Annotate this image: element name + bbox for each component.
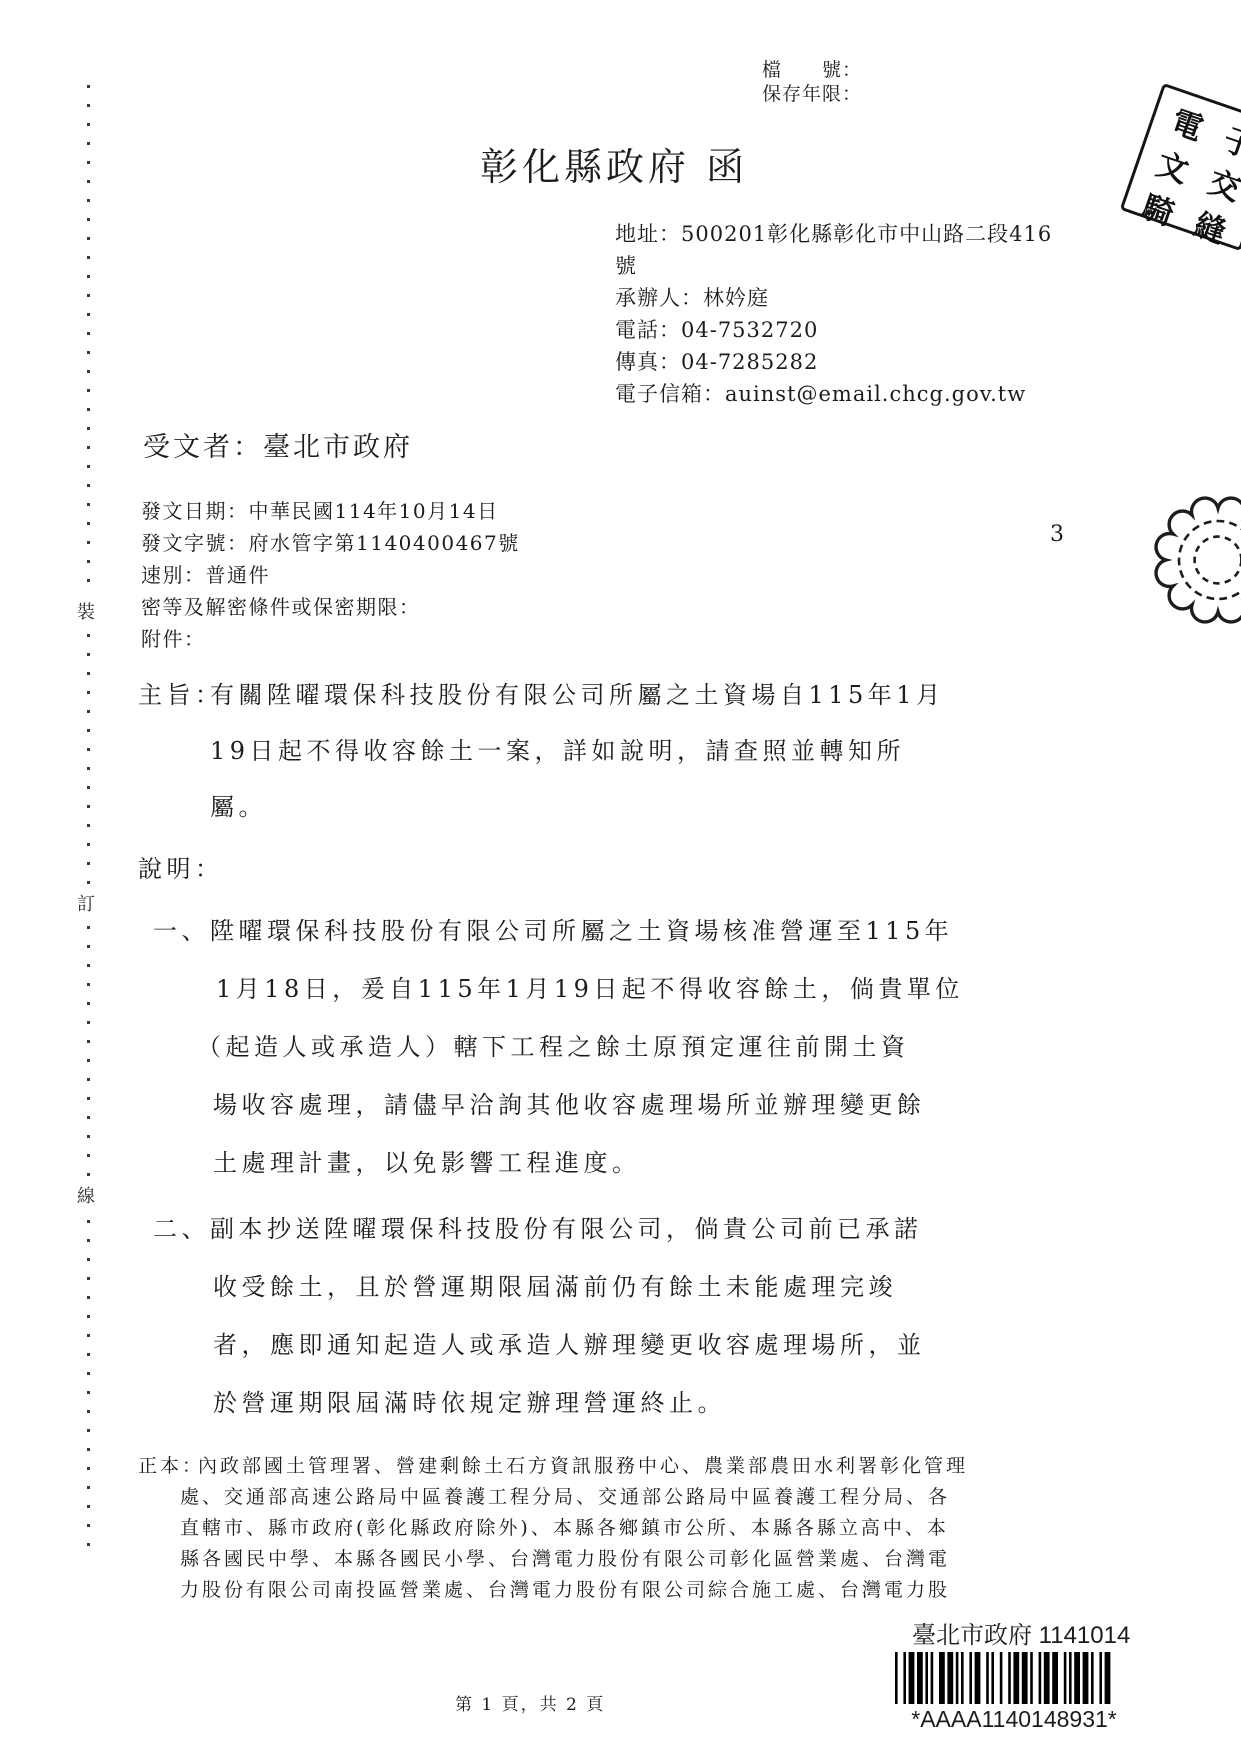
item-2-line: 於營運期限屆滿時依規定辦理營運終止。 bbox=[213, 1390, 726, 1418]
perforation-seal-icon bbox=[1153, 494, 1241, 626]
item-1-line: 場收容處理，請儘早洽詢其他收容處理場所並辦理變更餘 bbox=[213, 1092, 926, 1120]
binding-dotted-line bbox=[87, 1220, 90, 1548]
item-1-line: 陞曜環保科技股份有限公司所屬之土資場核准營運至115年 bbox=[210, 918, 953, 946]
page-number: 第 1 頁，共 2 頁 bbox=[455, 1696, 605, 1716]
sender-address-line-2: 號 bbox=[615, 254, 637, 278]
copy-to-line: 縣各國民中學、本縣各國民小學、台灣電力股份有限公司彰化區營業處、台灣電 bbox=[180, 1549, 950, 1571]
binding-dotted-line bbox=[87, 634, 90, 886]
item-2-line: 副本抄送陞曜環保科技股份有限公司，倘貴公司前已承諾 bbox=[210, 1216, 923, 1244]
subject-line: 有關陞曜環保科技股份有限公司所屬之土資場自115年1月 bbox=[210, 682, 945, 710]
contact-person-line: 承辦人：林妗庭 bbox=[615, 286, 769, 310]
barcode-text: *AAAA1140148931* bbox=[895, 1706, 1133, 1732]
electronic-exchange-stamp: 電 子 文 交 騎 縫 bbox=[1120, 83, 1241, 251]
stamp-char: 騎 bbox=[1137, 181, 1181, 234]
official-letter-page: 檔 號： 保存年限： 彰化縣政府 函 地址：500201彰化縣彰化市中山路二段4… bbox=[0, 0, 1241, 1754]
item-2-line: 收受餘土，且於營運期限屆滿前仍有餘土未能處理完竣 bbox=[213, 1274, 897, 1302]
stamp-char: 縫 bbox=[1189, 199, 1233, 252]
speed-line: 速別：普通件 bbox=[141, 564, 270, 587]
binding-char-xian: 線 bbox=[77, 1182, 95, 1208]
fax-line: 傳真：04-7285282 bbox=[615, 350, 818, 374]
item-1-line: 1月18日，爰自115年1月19日起不得收容餘土，倘貴單位 bbox=[216, 976, 964, 1004]
document-title: 彰化縣政府 函 bbox=[480, 146, 748, 190]
item-2-line: 者，應即通知起造人或承造人辦理變更收容處理場所，並 bbox=[213, 1332, 926, 1360]
security-line: 密等及解密條件或保密期限： bbox=[141, 596, 421, 619]
phone-line: 電話：04-7532720 bbox=[615, 318, 818, 342]
item-1-number: 一、 bbox=[153, 918, 210, 946]
copy-to-line: 內政部國土管理署、營建剩餘土石方資訊服務中心、農業部農田水利署彰化管理 bbox=[198, 1456, 968, 1478]
file-number-label: 檔 號： bbox=[762, 60, 862, 82]
binding-dotted-line bbox=[87, 926, 90, 1178]
recipient-line: 受文者：臺北市政府 bbox=[143, 432, 413, 463]
copy-to-line: 直轄市、縣市政府(彰化縣政府除外)、本縣各鄉鎮市公所、本縣各縣立高中、本 bbox=[180, 1518, 949, 1540]
attachment-line: 附件： bbox=[141, 628, 206, 651]
page-seal-number: 3 bbox=[1050, 522, 1064, 547]
email-line: 電子信箱：auinst@email.chcg.gov.tw bbox=[615, 382, 1026, 406]
binding-dotted-line bbox=[87, 85, 90, 593]
sender-address-line-1: 地址：500201彰化縣彰化市中山路二段416 bbox=[615, 222, 1052, 246]
subject-line: 屬。 bbox=[210, 794, 267, 822]
copy-to-line: 處、交通部高速公路局中區養護工程分局、交通部公路局中區養護工程分局、各 bbox=[180, 1487, 950, 1509]
subject-line: 19日起不得收容餘土一案，詳如說明，請查照並轉知所 bbox=[210, 738, 905, 766]
item-1-line: （起造人或承造人）轄下工程之餘土原預定運往前開土資 bbox=[197, 1034, 910, 1062]
receiver-stamp-text: 臺北市政府 1141014 bbox=[912, 1622, 1130, 1650]
item-1-line: 土處理計畫，以免影響工程進度。 bbox=[213, 1150, 641, 1178]
dispatch-date-line: 發文日期：中華民國114年10月14日 bbox=[141, 500, 499, 523]
copy-to-label: 正本： bbox=[138, 1456, 204, 1478]
binding-char-ding: 訂 bbox=[77, 890, 95, 916]
barcode bbox=[895, 1652, 1133, 1704]
copy-to-line: 力股份有限公司南投區營業處、台灣電力股份有限公司綜合施工處、台灣電力股 bbox=[180, 1580, 950, 1602]
item-2-number: 二、 bbox=[153, 1216, 210, 1244]
dispatch-number-line: 發文字號：府水管字第1140400467號 bbox=[141, 532, 520, 555]
retention-label: 保存年限： bbox=[762, 84, 862, 106]
explanation-label: 說明： bbox=[138, 856, 224, 884]
binding-char-zhuang: 裝 bbox=[77, 598, 95, 624]
